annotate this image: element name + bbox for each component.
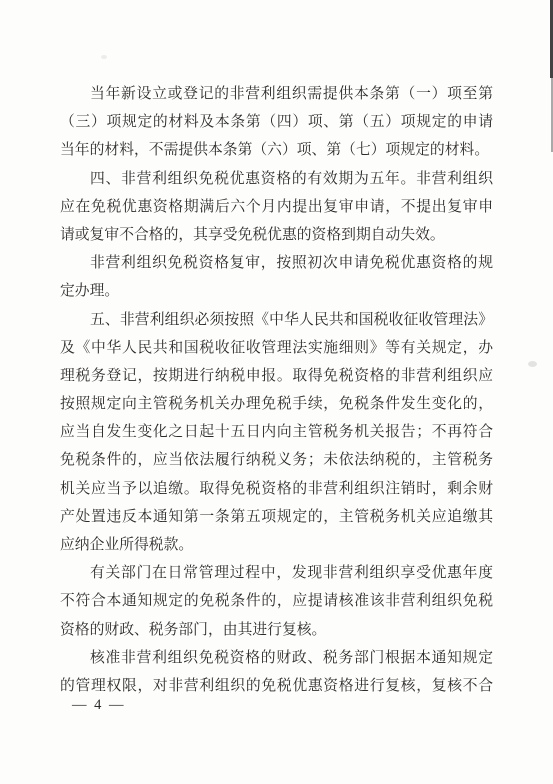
text-line: 不符合本通知规定的免税条件的，应提请核准该非营利组织免税 [60, 587, 493, 615]
text-line: 有关部门在日常管理过程中，发现非营利组织享受优惠年度 [60, 559, 493, 587]
text-line: 定办理。 [60, 277, 493, 305]
text-line: 机关应当予以追缴。取得免税资格的非营利组织注销时，剩余财 [60, 475, 493, 503]
document-body-text: 当年新设立或登记的非营利组织需提供本条第（一）项至第（三）项规定的材料及本条第（… [60, 80, 493, 700]
text-line: 五、非营利组织必须按照《中华人民共和国税收征收管理法》 [60, 306, 493, 334]
text-line: 应在免税优惠资格期满后六个月内提出复审申请，不提出复审申 [60, 193, 493, 221]
text-line: 非营利组织免税资格复审，按照初次申请免税优惠资格的规 [60, 249, 493, 277]
text-line: 请或复审不合格的，其享受免税优惠的资格到期自动失效。 [60, 221, 493, 249]
text-line: 资格的财政、税务部门，由其进行复核。 [60, 616, 493, 644]
scanned-document-page: 当年新设立或登记的非营利组织需提供本条第（一）项至第（三）项规定的材料及本条第（… [0, 0, 553, 784]
text-line: （三）项规定的材料及本条第（四）项、第（五）项规定的申请 [60, 108, 493, 136]
text-line: 当年新设立或登记的非营利组织需提供本条第（一）项至第 [60, 80, 493, 108]
text-line: 应当自发生变化之日起十五日内向主管税务机关报告；不再符合 [60, 418, 493, 446]
text-line: 应纳企业所得税款。 [60, 531, 493, 559]
text-line: 当年的材料，不需提供本条第（六）项、第（七）项规定的材料。 [60, 136, 493, 164]
scan-speck [101, 55, 107, 59]
page-number: — 4 — [72, 694, 126, 716]
scan-smudge [528, 361, 537, 367]
text-line: 四、非营利组织免税优惠资格的有效期为五年。非营利组织 [60, 165, 493, 193]
text-line: 产处置违反本通知第一条第五项规定的，主管税务机关应追缴其 [60, 503, 493, 531]
text-line: 免税条件的，应当依法履行纳税义务；未依法纳税的，主管税务 [60, 446, 493, 474]
text-line: 核准非营利组织免税资格的财政、税务部门根据本通知规定 [60, 644, 493, 672]
text-line: 理税务登记，按期进行纳税申报。取得免税资格的非营利组织应 [60, 362, 493, 390]
text-line: 按照规定向主管税务机关办理免税手续，免税条件发生变化的， [60, 390, 493, 418]
text-line: 及《中华人民共和国税收征收管理法实施细则》等有关规定，办 [60, 334, 493, 362]
